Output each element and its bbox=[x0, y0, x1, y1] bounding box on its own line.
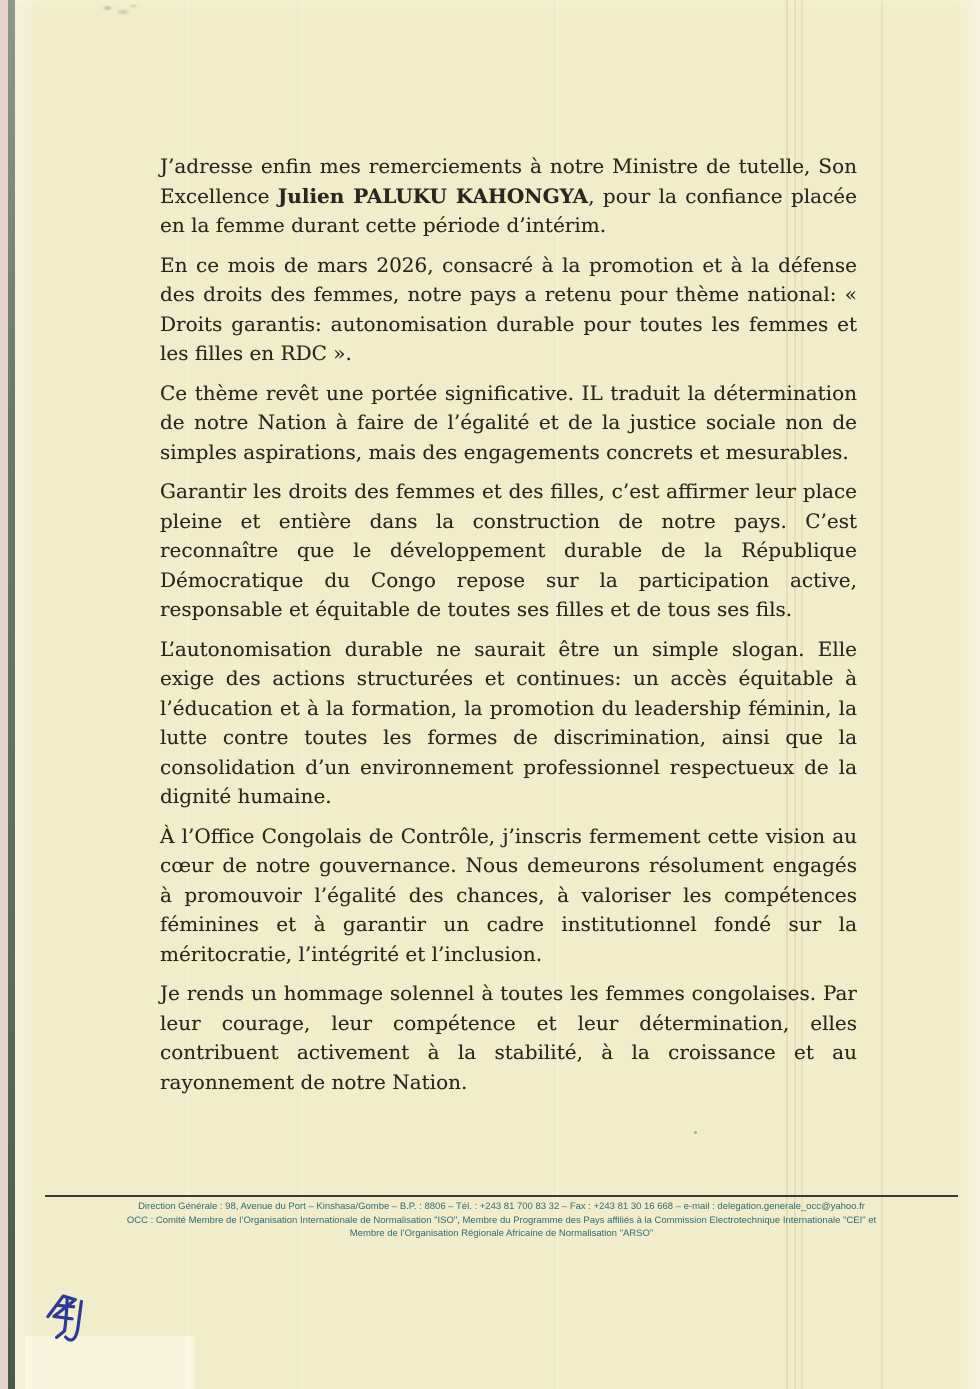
scan-edge-dark-strip bbox=[8, 0, 15, 1389]
signature-paraph bbox=[37, 1285, 95, 1353]
paragraph: Ce thème revêt une portée significative.… bbox=[160, 379, 857, 468]
minister-name: Julien PALUKU KAHONGYA bbox=[278, 184, 588, 208]
scanned-letter-page: J’adresse enfin mes remerciements à notr… bbox=[0, 0, 980, 1389]
footer-membership-line: OCC : Comité Membre de l’Organisation In… bbox=[45, 1214, 958, 1228]
footer: Direction Générale : 98, Avenue du Port … bbox=[45, 1200, 958, 1241]
paragraph: Je rends un hommage solennel à toutes le… bbox=[160, 979, 857, 1097]
paragraph: À l’Office Congolais de Contrôle, j’insc… bbox=[160, 822, 857, 970]
paragraph: Garantir les droits des femmes et des fi… bbox=[160, 477, 857, 625]
paper-speck bbox=[694, 1131, 697, 1134]
paragraph: L’autonomisation durable ne saurait être… bbox=[160, 635, 857, 812]
pencil-smudge bbox=[92, 0, 144, 20]
footer-membership-line-2: Membre de l’Organisation Régionale Afric… bbox=[45, 1227, 958, 1241]
paragraph: En ce mois de mars 2026, consacré à la p… bbox=[160, 251, 857, 369]
letter-body: J’adresse enfin mes remerciements à notr… bbox=[160, 152, 857, 1107]
footer-rule bbox=[45, 1195, 958, 1197]
paragraph: J’adresse enfin mes remerciements à notr… bbox=[160, 152, 857, 241]
footer-address-line: Direction Générale : 98, Avenue du Port … bbox=[45, 1200, 958, 1214]
